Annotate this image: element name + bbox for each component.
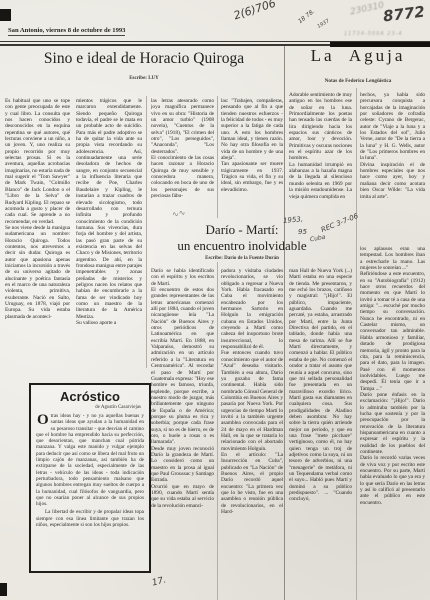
handwritten-number-small2: 1937 bbox=[316, 18, 330, 30]
quiroga-column-4: las: "Trabajen, compañeras, pensando que… bbox=[221, 98, 283, 220]
acrostico-paragraph-1: tras ideas hay - y no ya aquellas buenas… bbox=[36, 413, 144, 507]
aguja-column-2: hechos, ya había sido precursora conquis… bbox=[360, 92, 425, 242]
acrostico-body: Otras ideas hay - y no ya aquellas buena… bbox=[31, 413, 149, 507]
column-divider bbox=[146, 96, 147, 368]
quiroga-column-3: las letras atesorado como joya magnífica… bbox=[151, 98, 214, 220]
acrostico-box: Acróstico de Agustín Casarviejas Otras i… bbox=[29, 383, 151, 573]
column-divider bbox=[356, 88, 357, 600]
acrostico-title: Acróstico bbox=[31, 389, 149, 404]
quiroga-column-2: mientos trágicos que le marcaron extendi… bbox=[76, 98, 142, 368]
scan-corner-mark-top bbox=[0, 9, 11, 21]
column-divider bbox=[217, 96, 218, 218]
acrostico-byline: de Agustín Casarviejas bbox=[31, 405, 149, 410]
handwritten-number-large: 8772 bbox=[382, 3, 426, 26]
dario-column-4: los aplausos eran una tempestad. Los hom… bbox=[360, 246, 425, 600]
dario-headline-line1: Darío - Martí: bbox=[148, 222, 336, 238]
aguja-byline: Notas de Federico Lengüística bbox=[288, 78, 428, 84]
section-divider bbox=[284, 46, 285, 600]
dario-headline-line2: un encuentro inolvidable bbox=[148, 238, 336, 254]
handwritten-number-top: 2(6)706 bbox=[232, 0, 277, 22]
quiroga-column-1: Es habitual que uno se tope con gente pr… bbox=[5, 98, 70, 368]
quiroga-byline: Escribe: LUY bbox=[0, 76, 288, 81]
ghost-number: 230310 bbox=[349, 1, 385, 18]
acrostico-dropcap: O bbox=[37, 414, 49, 426]
newspaper-scan-page: San Antonio, viernes 8 de octubre de 199… bbox=[0, 0, 430, 600]
dateline: San Antonio, viernes 8 de octubre de 199… bbox=[8, 27, 125, 36]
handwritten-bottom-mark: 17. bbox=[151, 575, 167, 588]
dario-column-3: man Hall de Nueva York (...) Martí estab… bbox=[289, 268, 352, 600]
dario-column-1: Darío se había identificado con el espír… bbox=[151, 268, 214, 508]
scan-corner-mark-bottom bbox=[0, 583, 7, 596]
dario-byline: Escribe: Darío de la Fuente Durán bbox=[148, 256, 336, 261]
column-divider bbox=[217, 262, 218, 600]
quiroga-headline: Sino e ideal de Horacio Quiroga bbox=[0, 50, 288, 68]
dario-column-2: padora y visitaba ciudades revolucionari… bbox=[221, 268, 283, 600]
aguja-headline: La Aguja bbox=[288, 46, 428, 66]
ghost-stamp: 11734-500A 23-4 bbox=[344, 31, 403, 37]
acrostico-paragraph-2: La libertad de escribir y de propalar id… bbox=[31, 509, 149, 528]
handwritten-number-small1: 18 78. bbox=[297, 8, 316, 25]
